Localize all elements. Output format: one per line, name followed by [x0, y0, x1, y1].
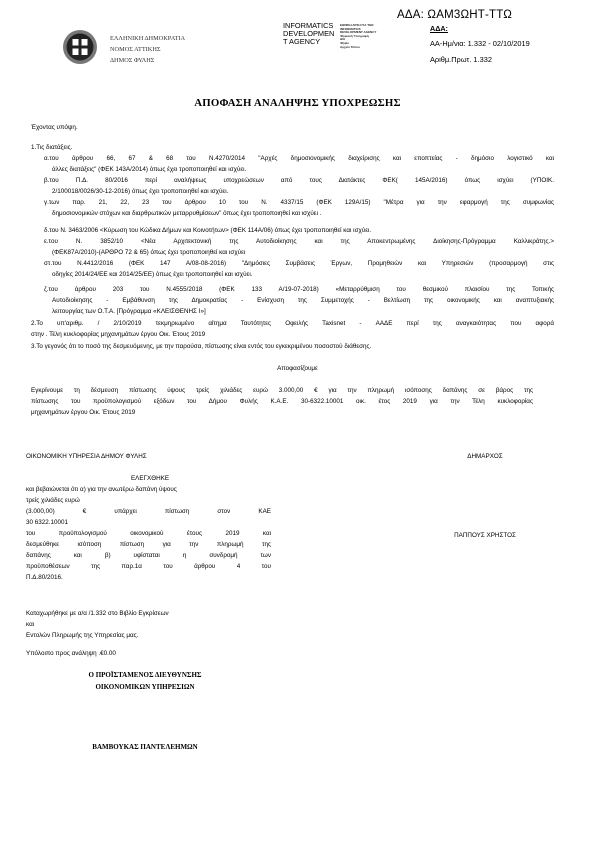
director-title-line: ΟΙΚΟΝΟΜΙΚΩΝ ΥΠΗΡΕΣΙΩΝ [20, 681, 270, 693]
director-title: Ο ΠΡΟΪΣΤΑΜΕΝΟΣ ΔΙΕΥΘΥΝΣΗΣ ΟΙΚΟΝΟΜΙΚΩΝ ΥΠ… [20, 669, 270, 693]
statement-line: δαπάνης και β) υφίσταται η συνδρομή των [26, 550, 271, 561]
country-label: ΕΛΛΗΝΙΚΗ ΔΗΜΟΚΡΑΤΙΑ [110, 33, 185, 44]
registered-line-1: Καταχωρήθηκε με α/α /1.332 στο Βιβλίο Εγ… [26, 608, 169, 619]
director-title-line: Ο ΠΡΟΪΣΤΑΜΕΝΟΣ ΔΙΕΥΘΥΝΣΗΣ [20, 669, 270, 681]
statement-line: και βεβαιώνεται ότι α) για την ανωτέρω δ… [26, 484, 271, 495]
mayor-name: ΠΑΠΠΟΥΣ ΧΡΗΣΤΟΣ [400, 530, 570, 541]
issuer-block: ΕΛΛΗΝΙΚΗ ΔΗΜΟΚΡΑΤΙΑ ΝΟΜΟΣ ΑΤΤΙΚΗΣ ΔΗΜΟΣ … [110, 33, 185, 66]
stamp-line: Αρχείο Τύπου [340, 46, 376, 50]
registered-line-3: Εντολών Πληρωμής της Υπηρεσίας μας. [26, 630, 138, 641]
item-3: 3.Το γεγονός ότι το ποσό της δεσμευόμενη… [31, 341, 371, 352]
informatics-agency-logo: INFORMATICS DEVELOPMEN T AGENCY [283, 22, 334, 46]
intro-text: Έχοντας υπόψη. [31, 122, 78, 133]
prefecture-label: ΝΟΜΟΣ ΑΤΤΙΚΗΣ [110, 44, 185, 55]
checked-label: ΕΛΕΓΧΘΗΚΕ [0, 473, 300, 484]
protocol-number: Αριθμ.Πρωτ. 1.332 [430, 55, 492, 64]
logo-line: T AGENCY [283, 38, 334, 46]
provision-c: γ.των παρ. 21, 22, 23 του άρθρου 10 του … [44, 197, 554, 208]
municipality-label: ΔΗΜΟΣ ΦΥΛΗΣ [110, 55, 185, 66]
statement-line: 30 6322.10001 [26, 517, 271, 528]
decision-line-2: πίστωσης του προϋπολογισμού εξόδων του Δ… [31, 396, 533, 407]
provision-g: ζ.του άρθρου 203 του Ν.4555/2018 (ΦΕΚ 13… [44, 284, 554, 295]
registered-line-2: και [26, 619, 34, 630]
provision-f: στ.του Ν.4412/2016 (ΦΕΚ 147 Α/08-08-2016… [44, 258, 554, 269]
statement-line: δεσμεύθηκε ισόποση πίστωση για την πληρω… [26, 539, 271, 550]
statement-line: προϋποθέσεων της παρ.1α του άρθρου 4 του [26, 561, 271, 572]
finance-heading: ΟΙΚΟΝΟΜΙΚΗ ΥΠΗΡΕΣΙΑ ΔΗΜΟΥ ΦΥΛΗΣ [26, 451, 147, 462]
digital-signature-stamp: ΕΘΝΙΚΗ ΑΡΧΗ ΓΙΑ ΤΗΝ INFORMATICS DEVELOPM… [340, 24, 376, 49]
provision-g-cont: Αυτοδιοίκησης - Εμβάθυνση της Δημοκρατία… [52, 295, 554, 306]
decision-line-1: Εγκρίνουμε τη δέσμευση πίστωσης ύψους τρ… [31, 385, 533, 396]
director-name: ΒΑΜΒΟΥΚΑΣ ΠΑΝΤΕΛΕΗΜΩΝ [20, 741, 270, 753]
greek-emblem-icon [62, 29, 98, 65]
statement-line: Π.Δ.80/2016. [26, 572, 271, 583]
item-2: 2.Το υπ'αριθμ. / 2/10/2019 τεκμηριωμένο … [31, 318, 554, 329]
remaining-amount: Υπόλοιπο προς ανάληψη .€0.00 [26, 648, 116, 659]
finance-statement: και βεβαιώνεται ότι α) για την ανωτέρω δ… [26, 484, 271, 583]
decision-line-3: μηχανημάτων έργου Οικ. Έτους 2019 [31, 407, 135, 418]
provision-a: α.του άρθρου 66, 67 & 68 του Ν.4270/2014… [44, 153, 554, 164]
provision-e-cont: (ΦΕΚ87Α/2010)-(ΑΡΘΡΟ 72 & 65) όπως έχει … [52, 247, 245, 258]
statement-line: του προϋπολογισμού οικονομικού έτους 201… [26, 528, 271, 539]
item-2-cont: στην . Τέλη κυκλοφορίας μηχανημάτων έργο… [31, 329, 205, 340]
decide-heading: Αποφασίζουμε [0, 363, 595, 374]
section1-heading: 1.Τις διατάξεις. [31, 142, 72, 153]
provision-a-cont: άλλες διατάξεις" (ΦΕΚ 143Α/2014) όπως έχ… [52, 164, 246, 175]
ada-number: ΑΔΑ: ΩΑΜ3ΩΗΤ-ΤΤΩ [397, 9, 512, 21]
provision-b-cont: 2/100018/0026/30-12-2016) όπως έχει τροπ… [52, 186, 228, 197]
provision-c-cont: δημοσιονομικών στόχων και διαρθρωτικών μ… [52, 208, 321, 219]
provision-f-cont: οδηγίες 2014/24/ΕΕ και 2014/25/ΕΕ) όπως … [52, 269, 252, 280]
statement-line: (3.000,00) € υπάρχει πίστωση στον ΚΑΕ [26, 506, 271, 517]
provision-d: δ.του Ν. 3463/2006 <Κύρωση του Κώδικα Δή… [44, 225, 371, 236]
page-title: ΑΠΟΦΑΣΗ ΑΝΑΛΗΨΗΣ ΥΠΟΧΡΕΩΣΗΣ [0, 97, 595, 109]
statement-line: τρείς χιλιάδες ευρώ [26, 495, 271, 506]
provision-e: ε.του Ν. 3852/10 <Νέα Αρχιτεκτονική της … [44, 236, 554, 247]
mayor-title: ΔΗΜΑΡΧΟΣ [400, 451, 570, 462]
ada-date: ΑΑ-Ημ/νια: 1.332 - 02/10/2019 [430, 39, 530, 48]
ada-label: ΑΔΑ: [430, 24, 448, 33]
provision-g-cont2: λειτουργίας των Ο.Τ.Α. [Πρόγραμμα «ΚΛΕΙΣ… [52, 306, 206, 317]
provision-b: β.του Π.Δ. 80/2016 περί αναλήψεως υποχρε… [44, 175, 554, 186]
